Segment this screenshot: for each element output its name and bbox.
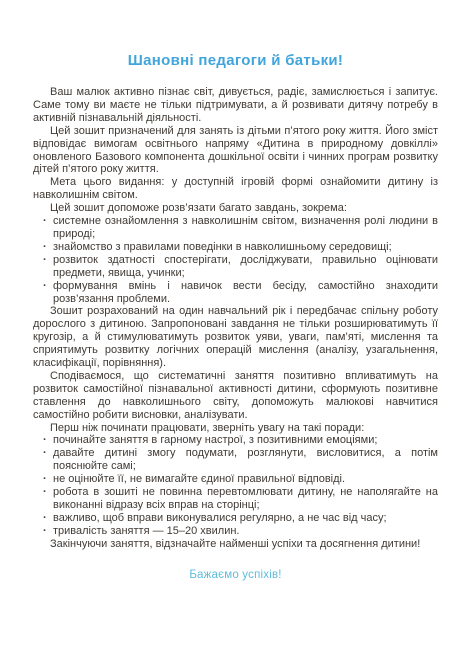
list-item: · не оцінюйте її, не вимагайте єдиної пр… — [33, 473, 438, 486]
bullet-icon: · — [43, 512, 53, 525]
list-item: · давайте дитині змогу подумати, розглян… — [33, 447, 438, 473]
list-item: · розвиток здатності спостерігати, дослі… — [33, 254, 438, 280]
list-item: · системне ознайомлення з навколишнім св… — [33, 215, 438, 241]
farewell-text: Бажаємо успіхів! — [33, 569, 438, 582]
page-title: Шановні педагоги й батьки! — [33, 52, 438, 70]
book-page: Шановні педагоги й батьки! Ваш малюк акт… — [0, 0, 470, 650]
page-body: Ваш малюк активно пізнає світ, дивується… — [33, 86, 438, 582]
middle-paragraph-2: Сподіваємося, що систематичні заняття по… — [33, 370, 438, 422]
middle-paragraph-1: Зошит розрахований на один навчальний рі… — [33, 305, 438, 370]
list-item-text: давайте дитині змогу подумати, розглянут… — [53, 447, 438, 473]
tasks-intro-paragraph: Цей зошит допоможе розв’язати багато зав… — [33, 202, 438, 215]
intro-paragraph-2: Цей зошит призначений для занять із діть… — [33, 125, 438, 177]
list-item-text: розвиток здатності спостерігати, дослідж… — [53, 254, 438, 280]
bullet-icon: · — [43, 254, 53, 280]
bullet-icon: · — [43, 280, 53, 306]
bullet-icon: · — [43, 525, 53, 538]
bullet-icon: · — [43, 434, 53, 447]
list-item-text: робота в зошиті не повинна перевтомлюват… — [53, 486, 438, 512]
list-item-text: знайомство з правилами поведінки в навко… — [53, 241, 438, 254]
list-item: · робота в зошиті не повинна перевтомлюв… — [33, 486, 438, 512]
list-item-text: не оцінюйте її, не вимагайте єдиної прав… — [53, 473, 438, 486]
list-item-text: починайте заняття в гарному настрої, з п… — [53, 434, 438, 447]
list-item: · важливо, щоб вправи виконувалися регул… — [33, 512, 438, 525]
bullet-icon: · — [43, 486, 53, 512]
list-item: · формування вмінь і навичок вести бесід… — [33, 280, 438, 306]
intro-paragraph-3: Мета цього видання: у доступній ігровій … — [33, 176, 438, 202]
tasks-list: · системне ознайомлення з навколишнім св… — [33, 215, 438, 305]
list-item-text: важливо, щоб вправи виконувалися регуляр… — [53, 512, 438, 525]
list-item-text: формування вмінь і навичок вести бесіду,… — [53, 280, 438, 306]
bullet-icon: · — [43, 215, 53, 241]
advice-intro-paragraph: Перш ніж починати працювати, зверніть ув… — [33, 422, 438, 435]
closing-paragraph: Закінчуючи заняття, відзначайте найменші… — [33, 538, 438, 551]
list-item: · знайомство з правилами поведінки в нав… — [33, 241, 438, 254]
list-item: · починайте заняття в гарному настрої, з… — [33, 434, 438, 447]
bullet-icon: · — [43, 241, 53, 254]
advice-list: · починайте заняття в гарному настрої, з… — [33, 434, 438, 537]
list-item-text: тривалість заняття — 15–20 хвилин. — [53, 525, 438, 538]
list-item: · тривалість заняття — 15–20 хвилин. — [33, 525, 438, 538]
list-item-text: системне ознайомлення з навколишнім світ… — [53, 215, 438, 241]
bullet-icon: · — [43, 447, 53, 473]
bullet-icon: · — [43, 473, 53, 486]
intro-paragraph-1: Ваш малюк активно пізнає світ, дивується… — [33, 86, 438, 125]
